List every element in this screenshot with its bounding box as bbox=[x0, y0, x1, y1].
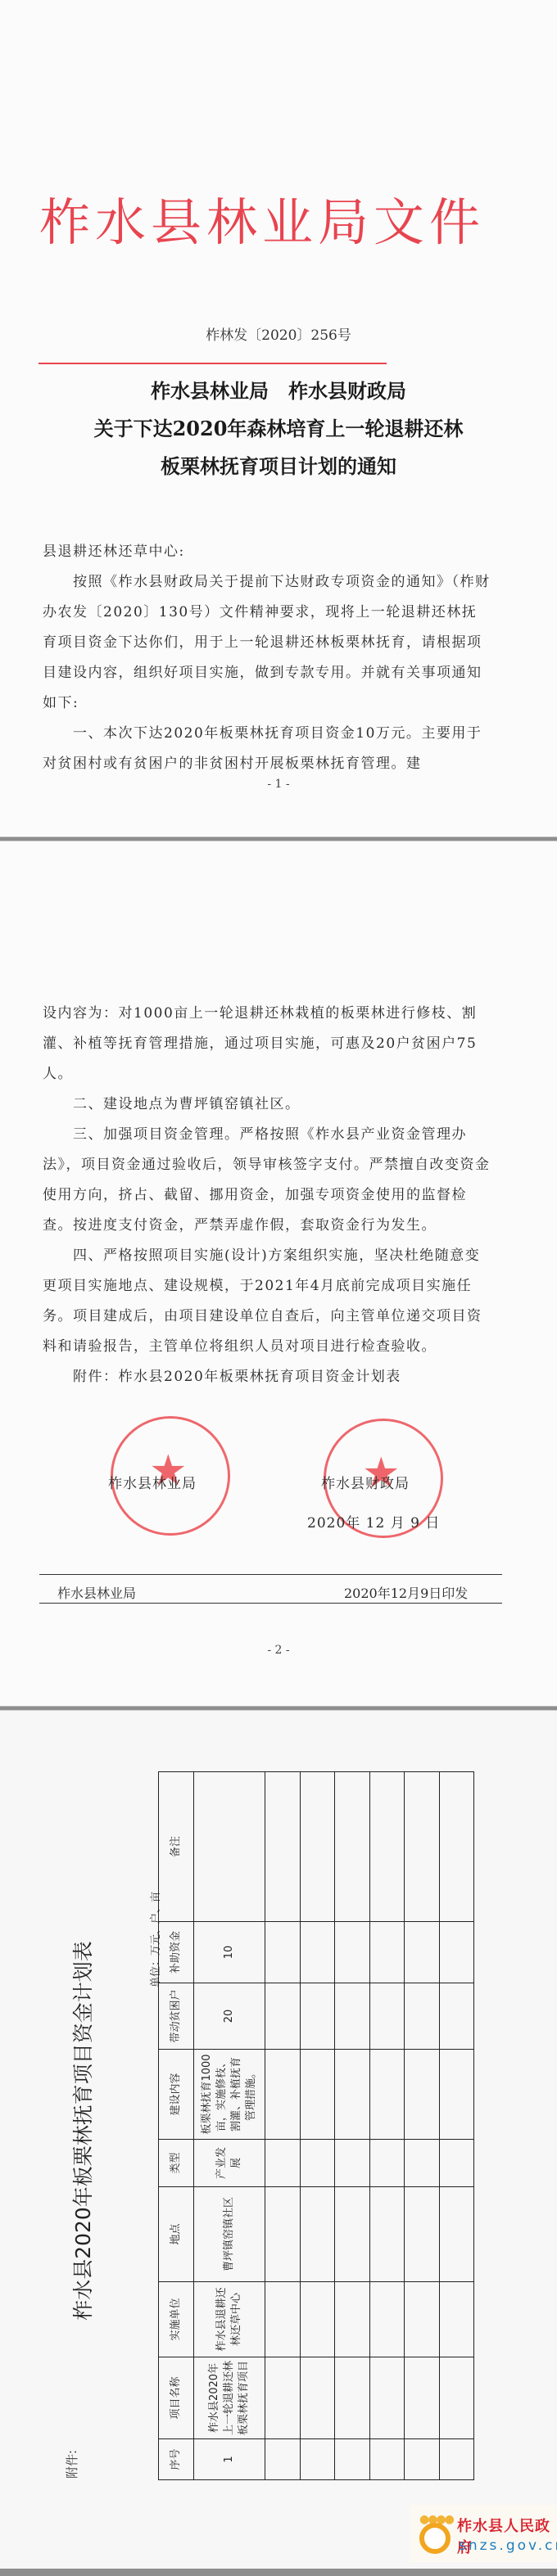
red-letterhead: 柞水县林业局文件 bbox=[39, 182, 506, 255]
cell-implementing-unit: 柞水县退耕还林还草中心 bbox=[194, 2282, 265, 2357]
document-page-2: 设内容为：对1000亩上一轮退耕还林栽植的板栗林进行修枝、割灌、补植等抚育管理措… bbox=[0, 841, 557, 1705]
cell-no: 1 bbox=[194, 2439, 265, 2480]
footer-issuer: 柞水县林业局 bbox=[57, 1583, 136, 1602]
table-row-empty bbox=[300, 1772, 335, 2480]
column-header: 序号 bbox=[159, 2439, 194, 2480]
sun-logo-icon bbox=[419, 2523, 451, 2554]
cell-households: 20 bbox=[194, 1983, 265, 2050]
footer-rule-bottom bbox=[39, 1603, 502, 1604]
table-row-empty bbox=[439, 1772, 474, 2480]
signature-finance: 柞水县财政局 bbox=[321, 1472, 410, 1492]
title-line-3: 板栗林抚育项目计划的通知 bbox=[0, 450, 557, 479]
column-header: 建设内容 bbox=[159, 2050, 194, 2140]
attachment-reference: 附件：柞水县2020年板栗林抚育项目资金计划表 bbox=[43, 1362, 491, 1392]
table-row: 1 柞水县2020年上一轮退耕还林板栗林抚育项目 柞水县退耕还林还草中心 曹坪镇… bbox=[194, 1772, 265, 2480]
cell-funds: 10 bbox=[194, 1922, 265, 1983]
footer-issue-date: 2020年12月9日印发 bbox=[344, 1583, 468, 1602]
paragraph: 三、加强项目资金管理。严格按照《柞水县产业资金管理办法》，项目资金通过验收后，领… bbox=[43, 1120, 491, 1241]
column-header: 补助资金 bbox=[159, 1922, 194, 1983]
page-number: - 1 - bbox=[0, 778, 557, 791]
attachment-label: 附件: bbox=[63, 2450, 80, 2479]
watermark-url: snzs.gov.cn bbox=[459, 2538, 557, 2554]
addressee: 县退耕还林还草中心: bbox=[43, 537, 491, 567]
bottom-edge bbox=[0, 2569, 557, 2576]
page1-body: 县退耕还林还草中心: 按照《柞水县财政局关于提前下达财政专项资金的通知》（柞财办… bbox=[43, 537, 491, 779]
paragraph: 四、严格按照项目实施(设计)方案组织实施，坚决杜绝随意变更项目实施地点、建设规模… bbox=[43, 1241, 491, 1362]
title-line-1: 柞水县林业局 柞水县财政局 bbox=[0, 375, 557, 404]
column-header: 带动贫困户 bbox=[159, 1983, 194, 2050]
paragraph: 二、建设地点为曹坪镇窑镇社区。 bbox=[43, 1089, 491, 1120]
column-header: 备注 bbox=[159, 1772, 194, 1922]
funding-plan-table-wrapper: 序号 项目名称 实施单位 地点 类型 建设内容 带动贫困户 补助资金 备注 1 … bbox=[158, 1772, 473, 2480]
title-line-2: 关于下达2020年森林培育上一轮退耕还林 bbox=[0, 413, 557, 441]
paragraph: 一、本次下达2020年板栗林抚育项目资金10万元。主要用于对贫困村或有贫困户的非… bbox=[43, 719, 491, 779]
paragraph: 按照《柞水县财政局关于提前下达财政专项资金的通知》（柞财办农发〔2020〕130… bbox=[43, 567, 491, 719]
column-header: 地点 bbox=[159, 2187, 194, 2282]
table-row-empty bbox=[369, 1772, 405, 2480]
red-divider bbox=[38, 363, 387, 364]
column-header: 类型 bbox=[159, 2140, 194, 2187]
government-watermark-logo: ●●●● 柞水县人民政府 snzs.gov.cn bbox=[410, 2505, 557, 2562]
funding-plan-table: 序号 项目名称 实施单位 地点 类型 建设内容 带动贫困户 补助资金 备注 1 … bbox=[158, 1771, 474, 2480]
cell-type: 产业发展 bbox=[194, 2140, 265, 2187]
cell-content: 板栗林抚育1000亩，实施修枝、割灌、补植抚育管理措施。 bbox=[194, 2050, 265, 2140]
page2-body: 设内容为：对1000亩上一轮退耕还林栽植的板栗林进行修枝、割灌、补植等抚育管理措… bbox=[43, 999, 491, 1392]
table-row-empty bbox=[265, 1772, 301, 2480]
cell-project-name: 柞水县2020年上一轮退耕还林板栗林抚育项目 bbox=[194, 2357, 265, 2439]
table-title: 柞水县2020年板栗林抚育项目资金计划表 bbox=[67, 1885, 97, 2376]
table-row-empty bbox=[335, 1772, 370, 2480]
column-header: 项目名称 bbox=[159, 2357, 194, 2439]
paragraph: 设内容为：对1000亩上一轮退耕还林栽植的板栗林进行修枝、割灌、补植等抚育管理措… bbox=[43, 999, 491, 1089]
document-number: 柞林发〔2020〕256号 bbox=[0, 323, 557, 344]
footer-rule-top bbox=[39, 1574, 502, 1575]
table-row-empty bbox=[405, 1772, 440, 2480]
signature-date: 2020年 12 月 9 日 bbox=[307, 1511, 440, 1532]
cell-location: 曹坪镇窑镇社区 bbox=[194, 2187, 265, 2282]
table-header-row: 序号 项目名称 实施单位 地点 类型 建设内容 带动贫困户 补助资金 备注 bbox=[159, 1772, 194, 2480]
cell-remark bbox=[194, 1772, 265, 1922]
document-page-1: 柞水县林业局文件 柞林发〔2020〕256号 柞水县林业局 柞水县财政局 关于下… bbox=[0, 0, 557, 837]
column-header: 实施单位 bbox=[159, 2282, 194, 2357]
page-number: - 2 - bbox=[0, 1644, 557, 1657]
signature-forestry: 柞水县林业局 bbox=[108, 1472, 197, 1492]
